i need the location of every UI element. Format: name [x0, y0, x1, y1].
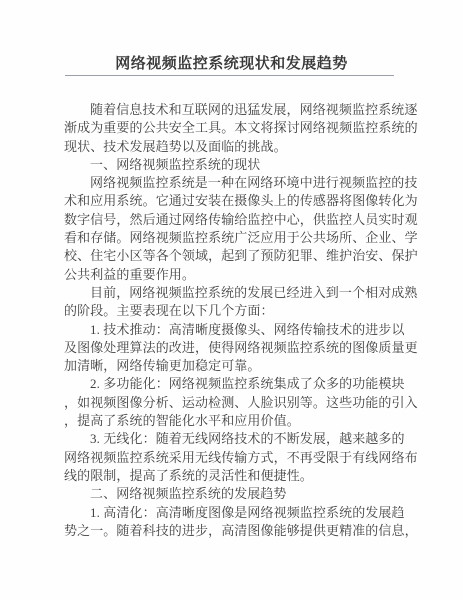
text-line: 数字信号，然后通过网络传输给监控中心，供监控人员实时观: [64, 211, 416, 229]
list-item-line: 2. 多功能化：网络视频监控系统集成了众多的功能模块: [64, 375, 416, 393]
document-title: 网络视频监控系统现状和发展趋势: [0, 52, 463, 73]
document-body: 随着信息技术和互联网的迅猛发展，网络视频监控系统逐 渐成为重要的公共安全工具。本…: [64, 101, 416, 540]
list-item-line: 1. 高清化：高清晰度图像是网络视频监控系统的发展趋: [64, 504, 416, 522]
section-heading: 二、网络视频监控系统的发展趋势: [64, 485, 416, 503]
list-item-line: 1. 技术推动：高清晰度摄像头、网络传输技术的进步以: [64, 321, 416, 339]
text-line: 术和应用系统。它通过安装在摄像头上的传感器将图像转化为: [64, 192, 416, 210]
list-item-line: 线的限制，提高了系统的灵活性和便捷性。: [64, 467, 416, 485]
text-line: 现状、技术发展趋势以及面临的挑战。: [64, 138, 416, 156]
text-line: 网络视频监控系统是一种在网络环境中进行视频监控的技: [64, 174, 416, 192]
list-item-line: ，提高了系统的智能化水平和应用价值。: [64, 412, 416, 430]
section-heading: 一、网络视频监控系统的现状: [64, 156, 416, 174]
list-item-line: 势之一。随着科技的进步，高清图像能够提供更精准的信息，: [64, 522, 416, 540]
title-divider: [65, 75, 394, 76]
text-line: 渐成为重要的公共安全工具。本文将探讨网络视频监控系统的: [64, 119, 416, 137]
document-page: 网络视频监控系统现状和发展趋势 随着信息技术和互联网的迅猛发展，网络视频监控系统…: [0, 0, 463, 600]
list-item-line: 网络视频监控系统采用无线传输方式，不再受限于有线网络布: [64, 449, 416, 467]
text-line: 公共利益的重要作用。: [64, 266, 416, 284]
list-item-line: 3. 无线化：随着无线网络技术的不断发展，越来越多的: [64, 430, 416, 448]
text-line: 校、住宅小区等各个领域，起到了预防犯罪、维护治安、保护: [64, 247, 416, 265]
text-line: 看和存储。网络视频监控系统广泛应用于公共场所、企业、学: [64, 229, 416, 247]
list-item-line: ，如视频图像分析、运动检测、人脸识别等。这些功能的引入: [64, 394, 416, 412]
text-line: 目前，网络视频监控系统的发展已经进入到一个相对成熟: [64, 284, 416, 302]
list-item-line: 加清晰，网络传输更加稳定可靠。: [64, 357, 416, 375]
text-line: 的阶段。主要表现在以下几个方面：: [64, 302, 416, 320]
list-item-line: 及图像处理算法的改进，使得网络视频监控系统的图像质量更: [64, 339, 416, 357]
text-line: 随着信息技术和互联网的迅猛发展，网络视频监控系统逐: [64, 101, 416, 119]
